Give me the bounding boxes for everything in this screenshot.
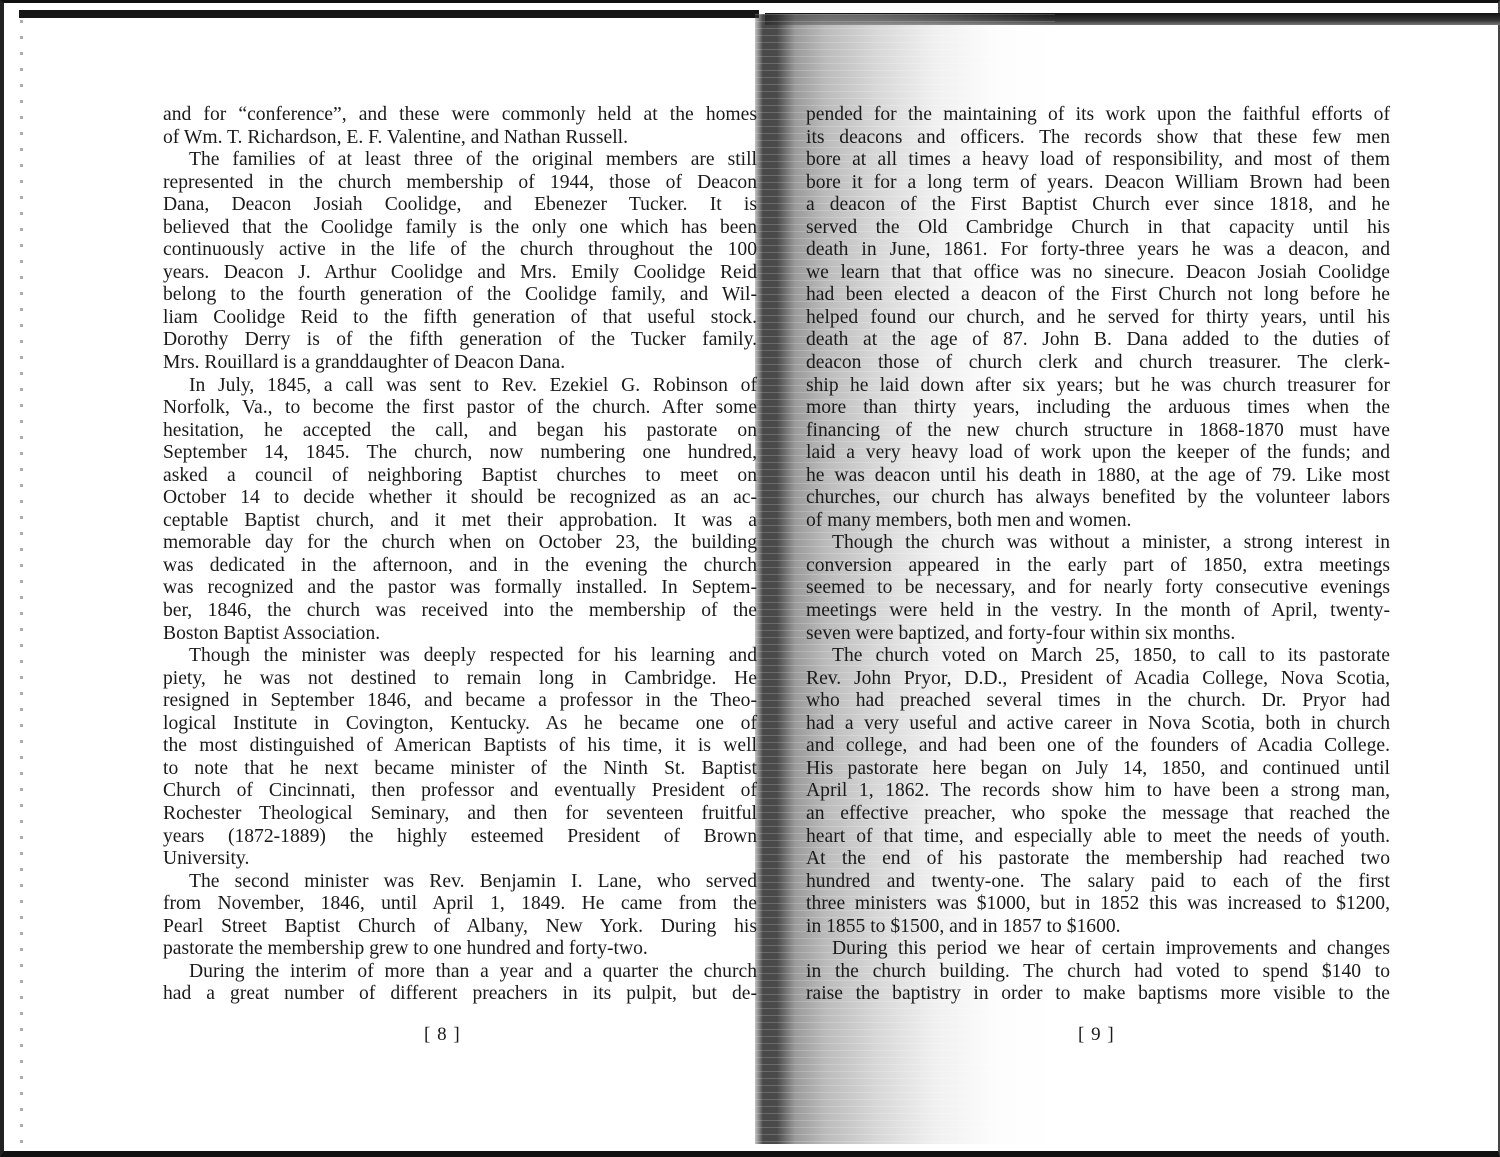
text-line: and college, and had been one of the fou… (806, 735, 1390, 758)
text-line: Dana, Deacon Josiah Coolidge, and Ebenez… (163, 194, 757, 217)
text-line: was recognized and the pastor was formal… (163, 577, 757, 600)
text-line: During this period we hear of certain im… (806, 938, 1390, 961)
text-line: helped found our church, and he served f… (806, 307, 1390, 330)
text-line: financing of the new church structure in… (806, 420, 1390, 443)
text-line: The families of at least three of the or… (163, 149, 757, 172)
left-page-text: and for “conference”, and these were com… (163, 104, 757, 1006)
text-line: its deacons and officers. The records sh… (806, 127, 1390, 150)
text-line: September 14, 1845. The church, now numb… (163, 442, 757, 465)
text-line: who had preached several times in the ch… (806, 690, 1390, 713)
text-line: His pastorate here began on July 14, 185… (806, 758, 1390, 781)
text-line: and for “conference”, and these were com… (163, 104, 757, 127)
text-line: pastorate the membership grew to one hun… (163, 938, 757, 961)
text-line: April 1, 1862. The records show him to h… (806, 780, 1390, 803)
text-line: hundred and twenty-one. The salary paid … (806, 871, 1390, 894)
text-line: death at the age of 87. John B. Dana add… (806, 329, 1390, 352)
text-line: laid a very heavy load of work upon the … (806, 442, 1390, 465)
text-line: seemed to be necessary, and for nearly f… (806, 577, 1390, 600)
text-line: resigned in September 1846, and became a… (163, 690, 757, 713)
text-line: in 1855 to $1500, and in 1857 to $1600. (806, 916, 1390, 939)
text-line: ber, 1846, the church was received into … (163, 600, 757, 623)
text-line: Church of Cincinnati, then professor and… (163, 780, 757, 803)
left-page-number: [ 8 ] (424, 1024, 461, 1046)
scan-left-edge-marks (20, 20, 23, 1145)
text-line: Norfolk, Va., to become the first pastor… (163, 397, 757, 420)
text-line: Though the church was without a minister… (806, 532, 1390, 555)
text-line: had a very useful and active career in N… (806, 713, 1390, 736)
text-line: ship he laid down after six years; but h… (806, 375, 1390, 398)
text-line: three ministers was $1000, but in 1852 t… (806, 893, 1390, 916)
text-line: believed that the Coolidge family is the… (163, 217, 757, 240)
text-line: continuously active in the life of the c… (163, 239, 757, 262)
text-line: in the church building. The church had v… (806, 961, 1390, 984)
text-line: the most distinguished of American Bapti… (163, 735, 757, 758)
text-line: Rochester Theological Seminary, and then… (163, 803, 757, 826)
right-page-text: pended for the maintaining of its work u… (806, 104, 1390, 1006)
text-line: Boston Baptist Association. (163, 623, 757, 646)
text-line: conversion appeared in the early part of… (806, 555, 1390, 578)
text-line: had a great number of different preacher… (163, 983, 757, 1006)
text-line: piety, he was not destined to remain lon… (163, 668, 757, 691)
text-line: an effective preacher, who spoke the mes… (806, 803, 1390, 826)
text-line: pended for the maintaining of its work u… (806, 104, 1390, 127)
text-line: Rev. John Pryor, D.D., President of Acad… (806, 668, 1390, 691)
text-line: bore it for a long term of years. Deacon… (806, 172, 1390, 195)
text-line: heart of that time, and especially able … (806, 826, 1390, 849)
text-line: from November, 1846, until April 1, 1849… (163, 893, 757, 916)
text-line: bore at all times a heavy load of respon… (806, 149, 1390, 172)
text-line: Dorothy Derry is of the fifth generation… (163, 329, 757, 352)
text-line: of Wm. T. Richardson, E. F. Valentine, a… (163, 127, 757, 150)
text-line: logical Institute in Covington, Kentucky… (163, 713, 757, 736)
scan-top-edge-left (19, 10, 759, 18)
text-line: hesitation, he accepted the call, and be… (163, 420, 757, 443)
right-page-number: [ 9 ] (1078, 1024, 1115, 1046)
text-line: asked a council of neighboring Baptist c… (163, 465, 757, 488)
text-line: more than thirty years, including the ar… (806, 397, 1390, 420)
text-line: belong to the fourth generation of the C… (163, 284, 757, 307)
text-line: was dedicated in the afternoon, and in t… (163, 555, 757, 578)
text-line: raise the baptistry in order to make bap… (806, 983, 1390, 1006)
text-line: The church voted on March 25, 1850, to c… (806, 645, 1390, 668)
text-line: deacon those of church clerk and church … (806, 352, 1390, 375)
text-line: In July, 1845, a call was sent to Rev. E… (163, 375, 757, 398)
text-line: years. Deacon J. Arthur Coolidge and Mrs… (163, 262, 757, 285)
text-line: years (1872-1889) the highly esteemed Pr… (163, 826, 757, 849)
text-line: At the end of his pastorate the membersh… (806, 848, 1390, 871)
text-line: memorable day for the church when on Oct… (163, 532, 757, 555)
text-line: of many members, both men and women. (806, 510, 1390, 533)
text-line: seven were baptized, and forty-four with… (806, 623, 1390, 646)
text-line: University. (163, 848, 757, 871)
text-line: October 14 to decide whether it should b… (163, 487, 757, 510)
text-line: ceptable Baptist church, and it met thei… (163, 510, 757, 533)
text-line: served the Old Cambridge Church in that … (806, 217, 1390, 240)
text-line: had been elected a deacon of the First C… (806, 284, 1390, 307)
text-line: he was deacon until his death in 1880, a… (806, 465, 1390, 488)
text-line: Pearl Street Baptist Church of Albany, N… (163, 916, 757, 939)
text-line: death in June, 1861. For forty-three yea… (806, 239, 1390, 262)
text-line: meetings were held in the vestry. In the… (806, 600, 1390, 623)
text-line: liam Coolidge Reid to the fifth generati… (163, 307, 757, 330)
text-line: Though the minister was deeply respected… (163, 645, 757, 668)
text-line: churches, our church has always benefite… (806, 487, 1390, 510)
text-line: a deacon of the First Baptist Church eve… (806, 194, 1390, 217)
text-line: we learn that that office was no sinecur… (806, 262, 1390, 285)
text-line: to note that he next became minister of … (163, 758, 757, 781)
text-line: The second minister was Rev. Benjamin I.… (163, 871, 757, 894)
text-line: represented in the church membership of … (163, 172, 757, 195)
text-line: Mrs. Rouillard is a granddaughter of Dea… (163, 352, 757, 375)
text-line: During the interim of more than a year a… (163, 961, 757, 984)
